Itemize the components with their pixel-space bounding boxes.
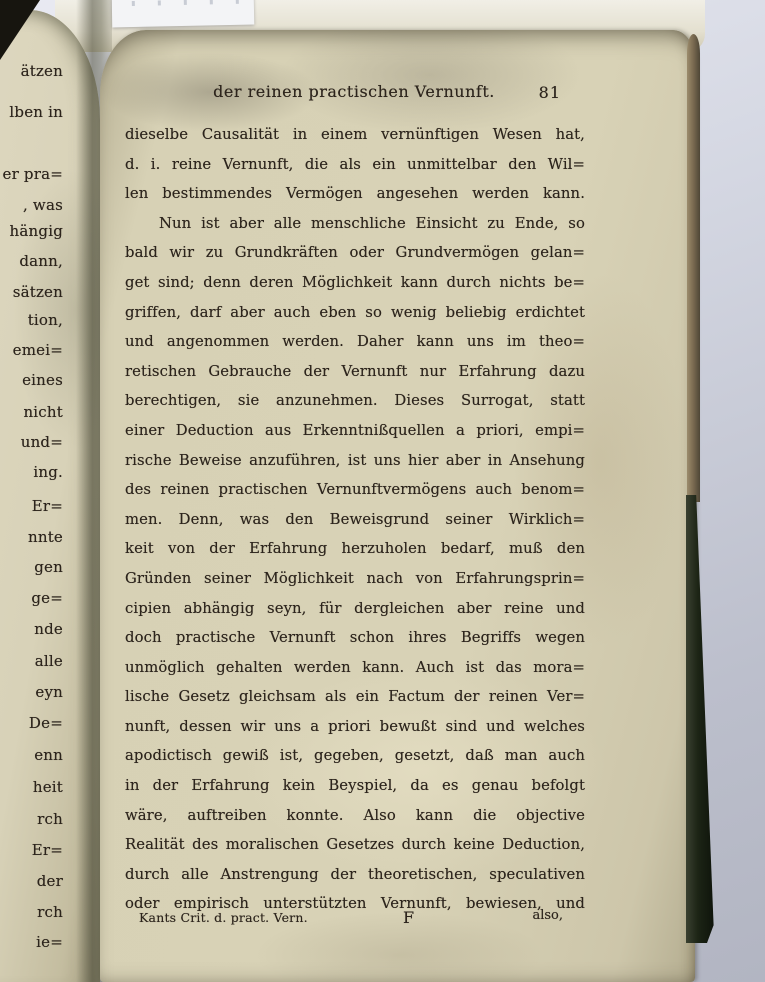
text-line: get sind; denn deren Möglichkeit kann du… — [125, 268, 585, 298]
signature-mark: F — [403, 908, 414, 927]
text-fragment: nde — [34, 620, 63, 638]
text-line: des reinen practischen Vernunftvermögens… — [125, 475, 585, 505]
text-fragment: eyn — [35, 683, 63, 701]
running-title: der reinen practischen Vernunft. — [213, 82, 495, 101]
catchword: also, — [532, 908, 563, 923]
text-fragment: rch — [37, 903, 63, 921]
text-line: dieselbe Causalität in einem vernünftige… — [125, 120, 585, 150]
text-line: d. i. reine Vernunft, die als ein unmitt… — [125, 150, 585, 180]
page-header: der reinen practischen Vernunft. 81 — [125, 82, 583, 106]
text-fragment: er pra= — [3, 165, 64, 183]
photo-of-open-book: ätzenlben iner pra=, washängigdann,sätze… — [0, 0, 765, 982]
text-line: bald wir zu Grundkräften oder Grundvermö… — [125, 238, 585, 268]
text-line: in der Erfahrung kein Beyspiel, da es ge… — [125, 771, 585, 801]
text-fragment: tion, — [28, 311, 63, 329]
text-line: Gründen seiner Möglichkeit nach von Erfa… — [125, 564, 585, 594]
text-line: rische Beweise anzuführen, ist uns hier … — [125, 446, 585, 476]
text-fragment: heit — [33, 778, 63, 796]
text-fragment: , was — [23, 196, 63, 214]
text-fragment: ätzen — [21, 62, 63, 80]
text-line: apodictisch gewiß ist, gegeben, gesetzt,… — [125, 741, 585, 771]
text-line: berechtigen, sie anzunehmen. Dieses Surr… — [125, 386, 585, 416]
text-line: Realität des moralischen Gesetzes durch … — [125, 830, 585, 860]
text-fragment: nicht — [23, 403, 63, 421]
book-cover-edge — [686, 495, 716, 943]
text-line: einer Deduction aus Erkenntnißquellen a … — [125, 416, 585, 446]
text-fragment: Er= — [32, 497, 63, 515]
text-fragment: eines — [22, 371, 63, 389]
footer-book-reference: Kants Crit. d. pract. Vern. — [139, 910, 308, 925]
text-fragment: und= — [21, 433, 63, 451]
paper-slip — [112, 0, 255, 27]
text-line: len bestimmendes Vermögen angesehen werd… — [125, 179, 585, 209]
left-page-text-fragments: ätzenlben iner pra=, washängigdann,sätze… — [0, 10, 75, 982]
text-line: lische Gesetz gleichsam als ein Factum d… — [125, 682, 585, 712]
right-page: der reinen practischen Vernunft. 81 dies… — [100, 30, 695, 982]
text-fragment: hängig — [10, 222, 63, 240]
page-number: 81 — [539, 83, 561, 102]
page-fore-edge — [687, 34, 700, 502]
text-fragment: De= — [29, 714, 63, 732]
text-line: men. Denn, was den Beweisgrund seiner Wi… — [125, 505, 585, 535]
text-fragment: alle — [35, 652, 63, 670]
page-footer: Kants Crit. d. pract. Vern. F also, — [125, 908, 585, 930]
text-fragment: ge= — [31, 589, 63, 607]
page-body-text: dieselbe Causalität in einem vernünftige… — [125, 120, 585, 919]
text-line: und angenommen werden. Daher kann uns im… — [125, 327, 585, 357]
text-fragment: dann, — [19, 252, 63, 270]
text-fragment: lben in — [9, 103, 63, 121]
text-line: keit von der Erfahrung herzuholen bedarf… — [125, 534, 585, 564]
text-fragment: enn — [34, 746, 63, 764]
text-line: griffen, darf aber auch eben so wenig be… — [125, 298, 585, 328]
text-line: retischen Gebrauche der Vernunft nur Erf… — [125, 357, 585, 387]
text-fragment: der — [37, 872, 63, 890]
text-fragment: ie= — [36, 933, 63, 951]
text-line: Nun ist aber alle menschliche Einsicht z… — [125, 209, 585, 239]
text-fragment: Er= — [32, 841, 63, 859]
text-fragment: sätzen — [13, 283, 63, 301]
text-line: cipien abhängig seyn, für dergleichen ab… — [125, 594, 585, 624]
text-fragment: ing. — [33, 463, 63, 481]
text-fragment: emei= — [13, 341, 63, 359]
text-fragment: gen — [34, 558, 63, 576]
text-line: wäre, auftreiben konnte. Also kann die o… — [125, 801, 585, 831]
text-line: unmöglich gehalten werden kann. Auch ist… — [125, 653, 585, 683]
text-line: durch alle Anstrengung der theoretischen… — [125, 860, 585, 890]
text-fragment: nnte — [28, 528, 63, 546]
text-line: doch practische Vernunft schon ihres Beg… — [125, 623, 585, 653]
text-line: nunft, dessen wir uns a priori bewußt si… — [125, 712, 585, 742]
text-fragment: rch — [37, 810, 63, 828]
